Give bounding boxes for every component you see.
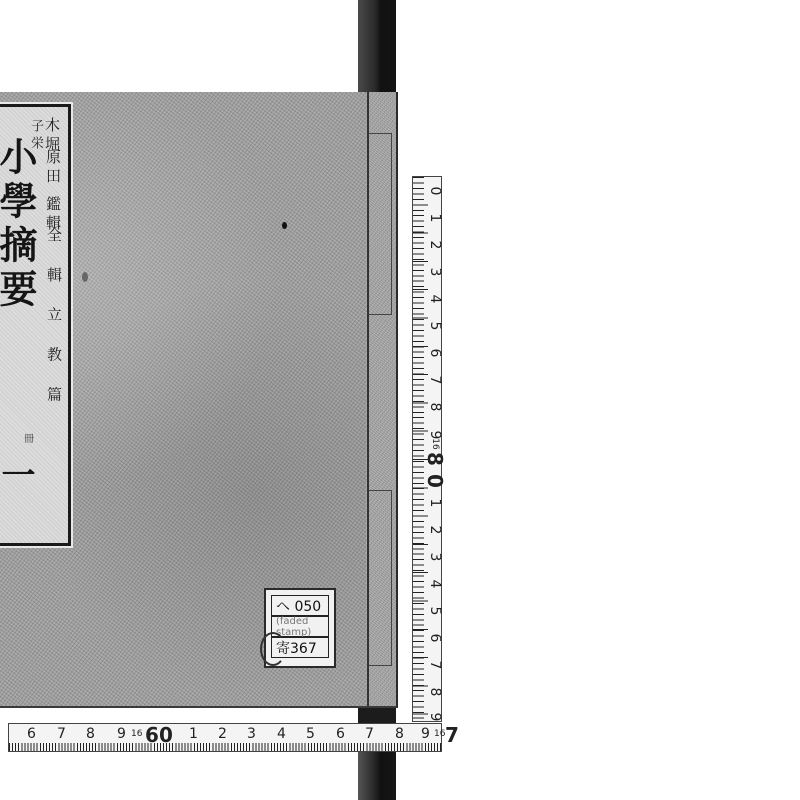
ruler-ticks-major: [413, 177, 428, 721]
ruler-number: 1: [427, 495, 443, 511]
ruler-number: 16: [131, 729, 142, 739]
binding-stitch-lower: [369, 490, 392, 666]
ruler-number: 6: [336, 726, 345, 742]
ruler-number: 5: [427, 318, 443, 334]
ruler-number: 8: [86, 726, 95, 742]
call-number-class: ヘ 050: [271, 595, 329, 616]
ruler-number: 2: [427, 237, 443, 253]
ruler-number: 8: [423, 451, 447, 467]
ruler-number: 7: [57, 726, 66, 742]
ruler-number: 8: [395, 726, 404, 742]
binding-stitch-upper: [369, 133, 392, 315]
ruler-number: 8: [427, 399, 443, 415]
ruler-number: 7: [427, 372, 443, 388]
ruler-number: 6: [27, 726, 36, 742]
subtitle: 全 輯 立 教 篇: [44, 227, 64, 411]
ruler-number: 4: [427, 291, 443, 307]
ruler-number: 1: [427, 210, 443, 226]
ruler-number: 16: [430, 436, 440, 452]
ruler-number: 6: [427, 345, 443, 361]
ruler-number: 2: [218, 726, 227, 742]
ruler-number: 6: [145, 723, 159, 747]
ruler-number: 3: [427, 264, 443, 280]
stain-mark: [282, 222, 287, 229]
ruler-number: 3: [247, 726, 256, 742]
ruler-number: 5: [427, 603, 443, 619]
ruler-number: 7: [445, 723, 459, 747]
ruler-number: 9: [117, 726, 126, 742]
ruler-ticks: [9, 743, 441, 751]
seal-stamp: [260, 632, 286, 666]
ruler-number: 8: [427, 684, 443, 700]
ruler-number: 7: [365, 726, 374, 742]
ruler-number: 0: [159, 723, 173, 747]
volume-mark: 冊: [24, 430, 34, 445]
title-char: 學: [0, 181, 38, 225]
volume-number: 一: [4, 457, 44, 497]
ruler-number: 2: [427, 522, 443, 538]
scanner-strip-bottom: [358, 752, 396, 800]
ruler-number: 6: [427, 630, 443, 646]
ruler-number: 1: [189, 726, 198, 742]
title-char: 小: [0, 137, 38, 181]
vertical-ruler: 01234567891680123456789: [412, 176, 442, 722]
editor-line: 原田 鑑輯: [44, 149, 62, 234]
ruler-number: 3: [427, 549, 443, 565]
scanner-strip-top: [358, 0, 396, 95]
title-char: 要: [0, 269, 38, 313]
book-title: 小學摘要: [4, 137, 44, 313]
ruler-number: 4: [277, 726, 286, 742]
ruler-number: 7: [427, 657, 443, 673]
ruler-number: 0: [423, 473, 447, 489]
library-call-number-label: ヘ 050 (faded stamp) 寄367: [264, 588, 336, 668]
ruler-number: 16: [434, 729, 445, 739]
title-slip: 木堀 子栄 原田 鑑輯 全 輯 立 教 篇 小學摘要 冊 一: [0, 104, 71, 546]
stain-mark: [82, 272, 88, 282]
ruler-number: 9: [421, 726, 430, 742]
ruler-number: 0: [427, 183, 443, 199]
ruler-number: 5: [306, 726, 315, 742]
horizontal-ruler: 67891660123456789167: [8, 723, 442, 752]
ruler-number: 4: [427, 576, 443, 592]
title-char: 摘: [0, 225, 38, 269]
